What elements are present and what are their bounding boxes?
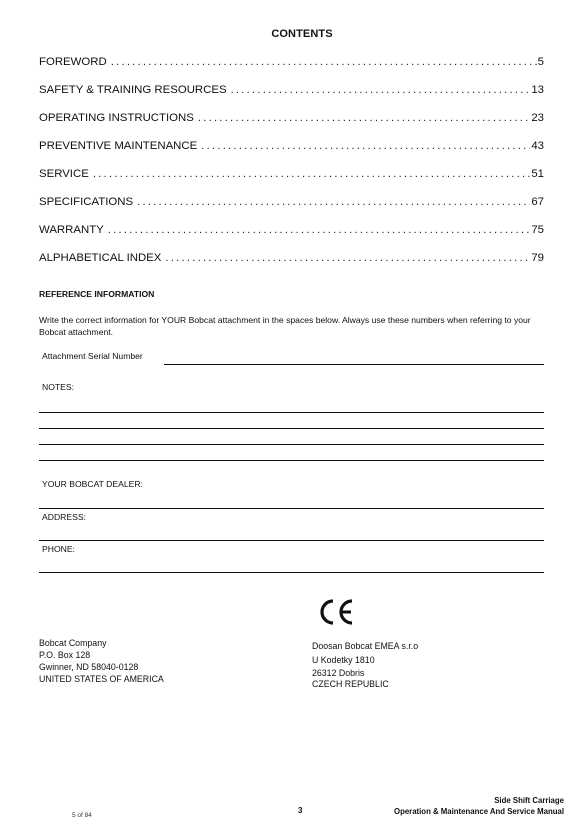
dealer-field[interactable] — [39, 508, 544, 509]
toc-entry-label: SERVICE — [39, 168, 93, 180]
toc-entry[interactable]: ALPHABETICAL INDEX......................… — [39, 252, 544, 266]
notes-line[interactable] — [39, 412, 544, 413]
reference-instructions: Write the correct information for YOUR B… — [39, 314, 549, 338]
dealer-label: YOUR BOBCAT DEALER: — [42, 479, 143, 489]
toc-leader-dots: ........................................… — [165, 252, 530, 264]
toc-leader-dots: ........................................… — [137, 196, 530, 208]
toc-entry-page: 5 — [537, 56, 544, 68]
toc-leader-dots: ........................................… — [93, 168, 531, 180]
eu-address-line: 26312 Dobris — [312, 668, 418, 679]
notes-line[interactable] — [39, 460, 544, 461]
eu-address-line: CZECH REPUBLIC — [312, 679, 418, 690]
toc-entry-page: 79 — [530, 252, 544, 264]
toc-entry-label: WARRANTY — [39, 224, 108, 236]
toc-entry[interactable]: OPERATING INSTRUCTIONS..................… — [39, 112, 544, 126]
pdf-page-indicator: 5 of 84 — [72, 812, 92, 819]
phone-label: PHONE: — [42, 544, 75, 554]
us-address: Bobcat Company P.O. Box 128 Gwinner, ND … — [39, 637, 164, 685]
address-label: ADDRESS: — [42, 512, 86, 522]
us-address-line: Bobcat Company — [39, 637, 164, 649]
toc-entry-label: ALPHABETICAL INDEX — [39, 252, 165, 264]
serial-number-field[interactable] — [164, 364, 544, 365]
us-address-line: Gwinner, ND 58040-0128 — [39, 661, 164, 673]
address-field[interactable] — [39, 540, 544, 541]
notes-line[interactable] — [39, 444, 544, 445]
ce-mark-icon — [318, 598, 358, 626]
us-address-line: P.O. Box 128 — [39, 649, 164, 661]
eu-address-line: Doosan Bobcat EMEA s.r.o — [312, 640, 418, 652]
serial-number-label: Attachment Serial Number — [42, 351, 143, 361]
toc-entry-page: 23 — [530, 112, 544, 124]
reference-heading: REFERENCE INFORMATION — [39, 289, 154, 299]
toc-entry-page: 75 — [530, 224, 544, 236]
page-number: 3 — [298, 806, 302, 815]
toc-leader-dots: ........................................… — [198, 112, 530, 124]
eu-address: Doosan Bobcat EMEA s.r.o U Kodetky 1810 … — [312, 640, 418, 690]
document-title: Side Shift Carriage Operation & Maintena… — [394, 795, 564, 817]
toc-entry-page: 13 — [530, 84, 544, 96]
toc-entry-label: OPERATING INSTRUCTIONS — [39, 112, 198, 124]
notes-label: NOTES: — [42, 382, 74, 392]
phone-field[interactable] — [39, 572, 544, 573]
toc-entry-label: SPECIFICATIONS — [39, 196, 137, 208]
toc-entry[interactable]: WARRANTY................................… — [39, 224, 544, 238]
document-subtitle-line: Operation & Maintenance And Service Manu… — [394, 806, 564, 817]
toc-entry[interactable]: PREVENTIVE MAINTENANCE..................… — [39, 140, 544, 154]
toc-entry-page: 67 — [530, 196, 544, 208]
toc-leader-dots: ........................................… — [231, 84, 531, 96]
toc-entry[interactable]: SAFETY & TRAINING RESOURCES.............… — [39, 84, 544, 98]
toc-leader-dots: ........................................… — [201, 140, 530, 152]
us-address-line: UNITED STATES OF AMERICA — [39, 673, 164, 685]
toc-leader-dots: ........................................… — [108, 224, 531, 236]
toc-leader-dots: ........................................… — [111, 56, 537, 68]
eu-address-line: U Kodetky 1810 — [312, 654, 418, 666]
notes-line[interactable] — [39, 428, 544, 429]
toc-entry-page: 51 — [530, 168, 544, 180]
contents-title: CONTENTS — [0, 28, 584, 40]
toc-entry-label: FOREWORD — [39, 56, 111, 68]
toc-entry-page: 43 — [530, 140, 544, 152]
toc-entry-label: SAFETY & TRAINING RESOURCES — [39, 84, 231, 96]
toc-entry[interactable]: SERVICE.................................… — [39, 168, 544, 182]
toc-entry[interactable]: FOREWORD................................… — [39, 56, 544, 70]
toc-entry[interactable]: SPECIFICATIONS..........................… — [39, 196, 544, 210]
toc-entry-label: PREVENTIVE MAINTENANCE — [39, 140, 201, 152]
document-title-line: Side Shift Carriage — [394, 795, 564, 806]
